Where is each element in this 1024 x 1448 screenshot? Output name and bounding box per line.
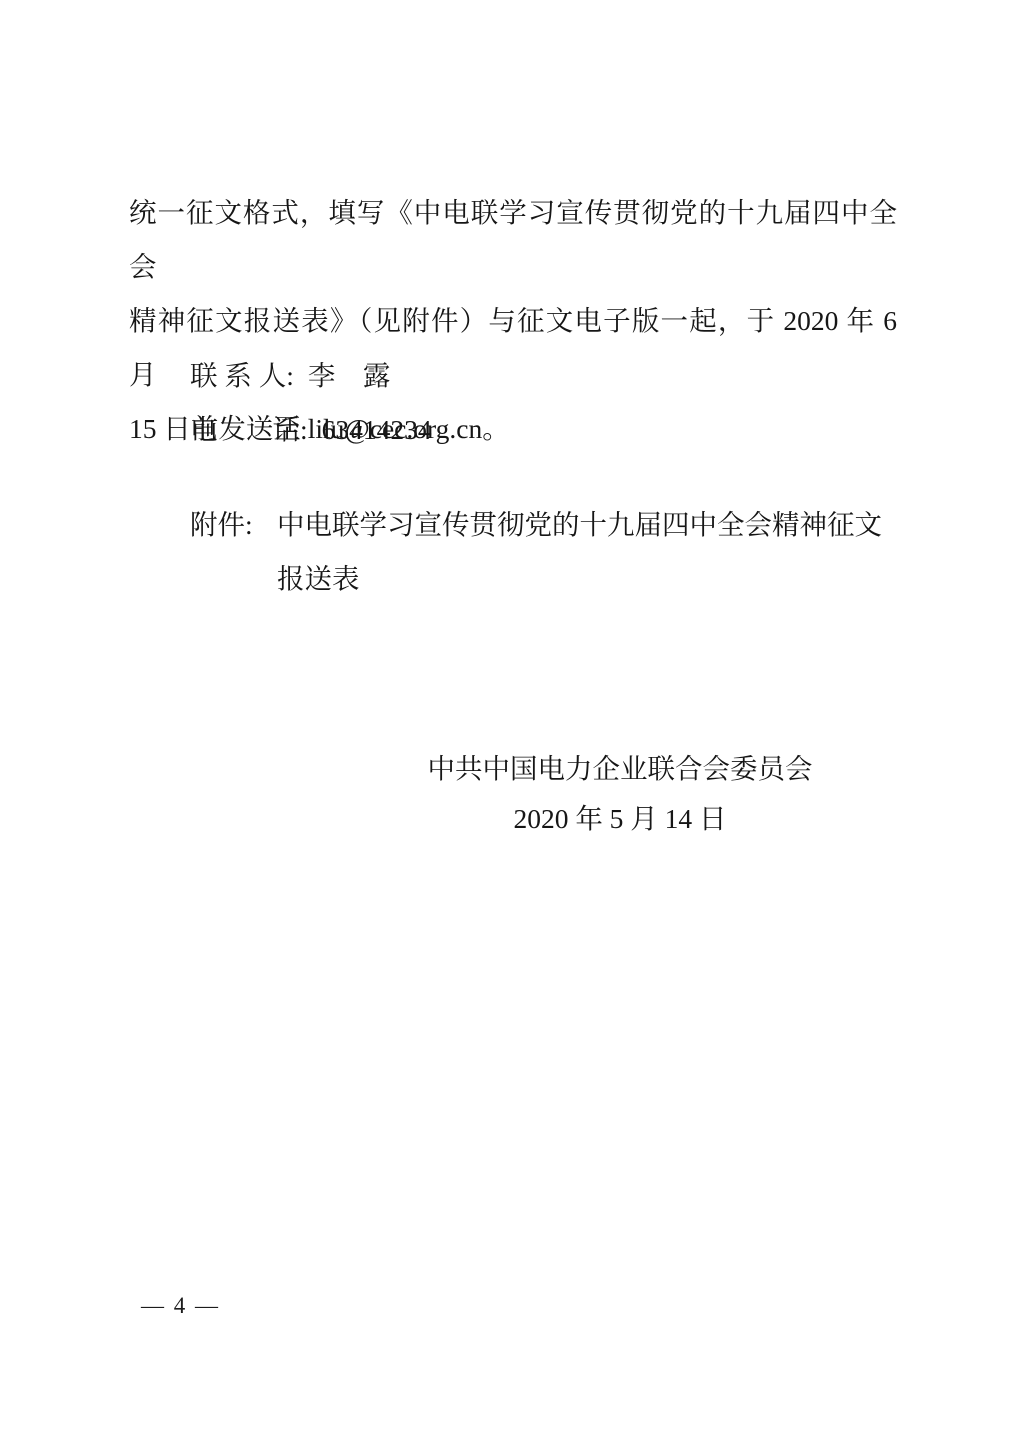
attachment-title: 中电联学习宣传贯彻党的十九届四中全会精神征文 报送表	[277, 498, 882, 606]
signature-organization: 中共中国电力企业联合会委员会	[370, 744, 870, 794]
contact-phone-row: 电 话:63414234	[190, 403, 432, 457]
contact-person-label: 联 系 人:	[190, 360, 294, 391]
attachment-block: 附件: 中电联学习宣传贯彻党的十九届四中全会精神征文 报送表	[190, 498, 882, 606]
contact-person-row: 联 系 人:李 露	[190, 349, 432, 403]
contact-person-name: 李 露	[308, 360, 391, 391]
contact-phone-number: 63414234	[322, 414, 432, 445]
attachment-label: 附件:	[190, 498, 277, 552]
contact-block: 联 系 人:李 露 电 话:63414234	[190, 349, 432, 457]
signature-date: 2020 年 5 月 14 日	[370, 794, 870, 844]
signature-block: 中共中国电力企业联合会委员会 2020 年 5 月 14 日	[370, 744, 870, 844]
document-page: 统一征文格式，填写《中电联学习宣传贯彻党的十九届四中全会 精神征文报送表》（见附…	[0, 0, 1024, 1448]
contact-phone-label: 电 话:	[190, 414, 308, 445]
attachment-title-line-2: 报送表	[277, 552, 882, 606]
attachment-title-line-1: 中电联学习宣传贯彻党的十九届四中全会精神征文	[277, 498, 882, 552]
paragraph-line-1: 统一征文格式，填写《中电联学习宣传贯彻党的十九届四中全会	[129, 186, 897, 294]
page-number: — 4 —	[141, 1292, 220, 1320]
